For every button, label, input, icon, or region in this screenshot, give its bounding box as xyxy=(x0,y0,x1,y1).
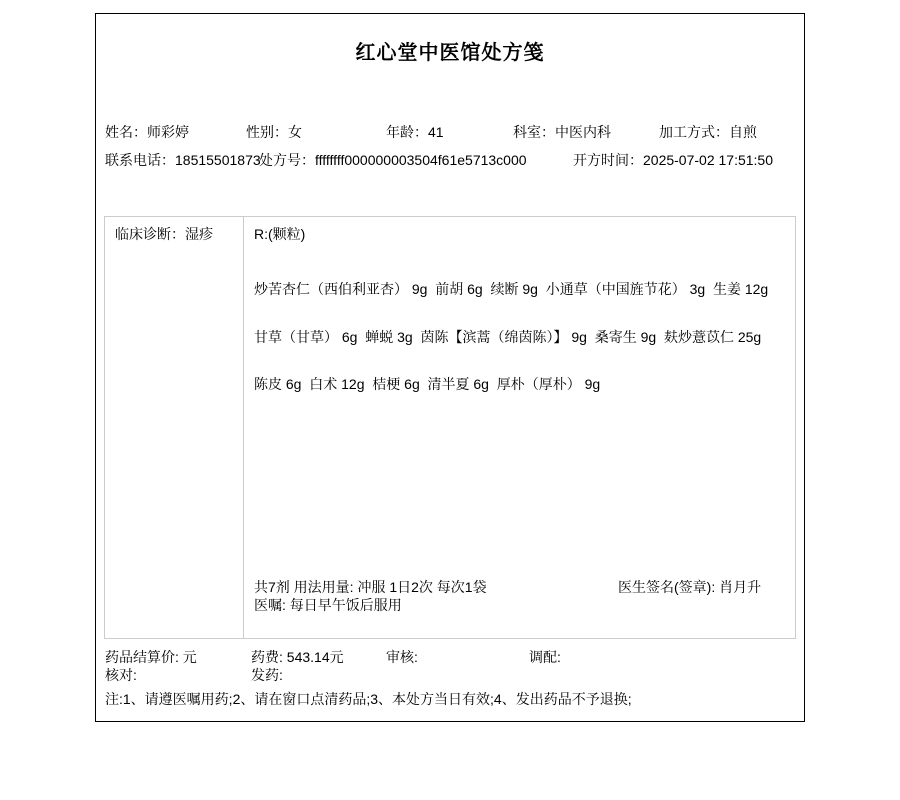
patient-gender-field: 性别：女 xyxy=(246,122,302,142)
dispense-field: 调配: xyxy=(529,647,561,667)
note-text: 注:1、请遵医嘱用药;2、请在窗口点清药品;3、本处方当日有效;4、发出药品不予… xyxy=(105,689,632,709)
fee-field: 药费: 543.14元 xyxy=(251,647,344,667)
patient-name-field: 姓名：师彩婷 xyxy=(105,122,189,142)
footer-price-row: 药品结算价: 元 药费: 543.14元 审核: 调配: xyxy=(96,647,804,664)
doctor-instruction: 医嘱: 每日早午饭后服用 xyxy=(254,595,402,615)
diagnosis-text: 临床诊断：湿疹 xyxy=(115,224,213,244)
phone-field: 联系电话：18515501873 xyxy=(105,150,261,170)
audit-field: 审核: xyxy=(386,647,418,667)
dosage-usage-text: 共7剂 用法用量: 冲服 1日2次 每次1袋 xyxy=(254,577,487,597)
prescription-page: 红心堂中医馆处方笺 姓名：师彩婷 性别：女 年龄：41 科室：中医内科 加工方式… xyxy=(95,13,805,722)
rx-cell: R:(颗粒) 炒苦杏仁（西伯利亚杏） 9g 前胡 6g 续断 9g 小通草（中国… xyxy=(244,217,795,638)
rx-type-label: R:(颗粒) xyxy=(254,224,305,244)
patient-info-row: 姓名：师彩婷 性别：女 年龄：41 科室：中医内科 加工方式：自煎 xyxy=(96,122,804,140)
department-field: 科室：中医内科 xyxy=(513,122,611,142)
issue-field: 发药: xyxy=(251,665,283,685)
prescription-table: 临床诊断：湿疹 R:(颗粒) 炒苦杏仁（西伯利亚杏） 9g 前胡 6g 续断 9… xyxy=(104,216,796,639)
settle-price-field: 药品结算价: 元 xyxy=(105,647,197,667)
patient-age-field: 年龄：41 xyxy=(386,122,444,142)
herb-line: 炒苦杏仁（西伯利亚杏） 9g 前胡 6g 续断 9g 小通草（中国旌节花） 3g… xyxy=(254,279,768,299)
footer-check-row: 核对: 发药: xyxy=(96,665,804,682)
prescription-info-row: 联系电话：18515501873 处方号：ffffffff00000000350… xyxy=(96,150,804,168)
processing-method-field: 加工方式：自煎 xyxy=(659,122,757,142)
doctor-signature: 医生签名(签章): 肖月升 xyxy=(618,577,761,597)
prescription-date-field: 开方时间：2025-07-02 17:51:50 xyxy=(573,150,773,170)
page-title: 红心堂中医馆处方笺 xyxy=(96,36,804,65)
check-field: 核对: xyxy=(105,665,137,685)
herb-line: 甘草（甘草） 6g 蝉蜕 3g 茵陈【滨蒿（绵茵陈）】 9g 桑寄生 9g 麸炒… xyxy=(254,327,761,347)
diagnosis-cell: 临床诊断：湿疹 xyxy=(105,217,244,638)
herb-line: 陈皮 6g 白术 12g 桔梗 6g 清半夏 6g 厚朴（厚朴） 9g xyxy=(254,374,600,394)
prescription-number-field: 处方号：ffffffff000000003504f61e5713c000 xyxy=(259,150,527,170)
